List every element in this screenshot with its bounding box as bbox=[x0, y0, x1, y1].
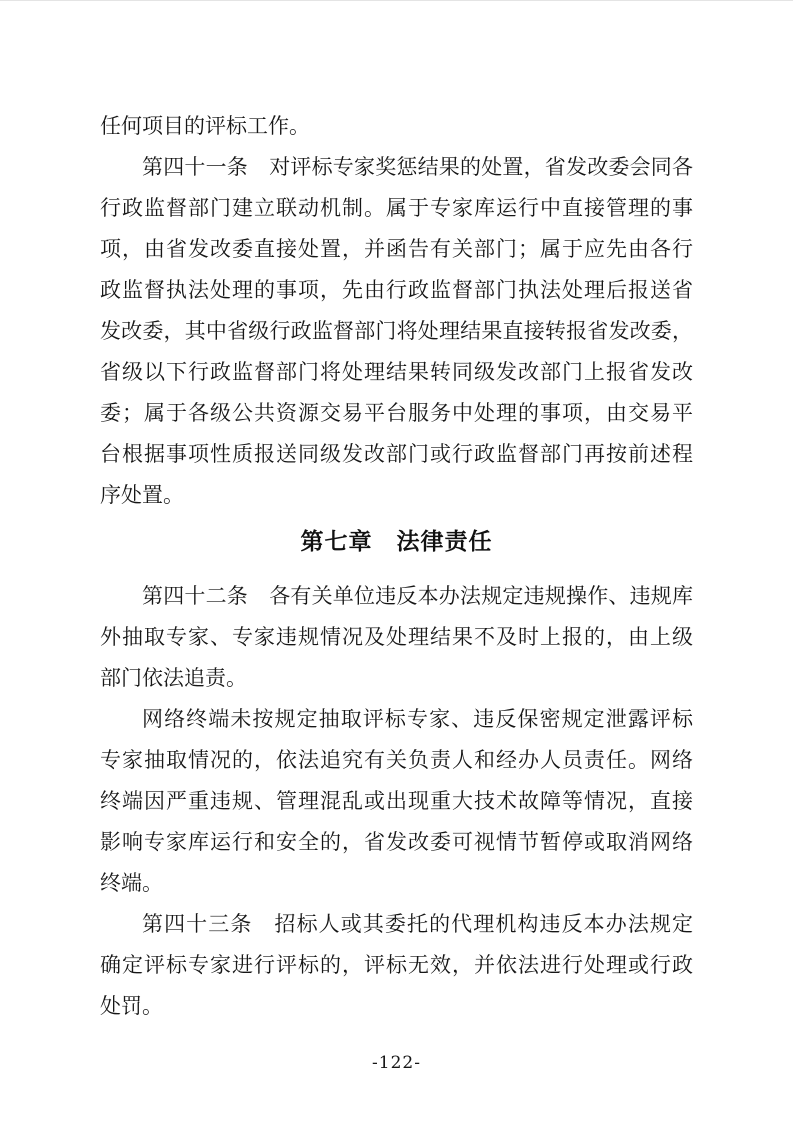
body-line: 第四十二条 各有关单位违反本办法规定违规操作、违规库 bbox=[100, 576, 693, 617]
body-line: 终端。 bbox=[100, 863, 693, 904]
body-line: 行政监督部门建立联动机制。属于专家库运行中直接管理的事 bbox=[100, 188, 693, 229]
body-line: 专家抽取情况的，依法追究有关负责人和经办人员责任。网络 bbox=[100, 740, 693, 781]
chapter-heading: 第七章 法律责任 bbox=[100, 520, 693, 562]
body-line: 影响专家库运行和安全的，省发改委可视情节暂停或取消网络 bbox=[100, 822, 693, 863]
body-line: 网络终端未按规定抽取评标专家、违反保密规定泄露评标 bbox=[100, 699, 693, 740]
body-line: 发改委，其中省级行政监督部门将处理结果直接转报省发改委， bbox=[100, 311, 693, 352]
body-line: 省级以下行政监督部门将处理结果转同级发改部门上报省发改 bbox=[100, 352, 693, 393]
body-line: 任何项目的评标工作。 bbox=[100, 106, 693, 147]
body-line: 第四十一条 对评标专家奖惩结果的处置，省发改委会同各 bbox=[100, 147, 693, 188]
body-line: 终端因严重违规、管理混乱或出现重大技术故障等情况，直接 bbox=[100, 781, 693, 822]
body-line: 确定评标专家进行评标的，评标无效，并依法进行处理或行政 bbox=[100, 945, 693, 986]
body-line: 委；属于各级公共资源交易平台服务中处理的事项，由交易平 bbox=[100, 393, 693, 434]
page-number: -122- bbox=[0, 1053, 793, 1073]
body-line: 外抽取专家、专家违规情况及处理结果不及时上报的，由上级 bbox=[100, 617, 693, 658]
body-line: 政监督执法处理的事项，先由行政监督部门执法处理后报送省 bbox=[100, 270, 693, 311]
document-content: 任何项目的评标工作。 第四十一条 对评标专家奖惩结果的处置，省发改委会同各 行政… bbox=[100, 106, 693, 1027]
document-page: 任何项目的评标工作。 第四十一条 对评标专家奖惩结果的处置，省发改委会同各 行政… bbox=[0, 0, 793, 1122]
body-line: 序处置。 bbox=[100, 475, 693, 516]
body-line: 部门依法追责。 bbox=[100, 658, 693, 699]
body-line: 处罚。 bbox=[100, 986, 693, 1027]
body-line: 台根据事项性质报送同级发改部门或行政监督部门再按前述程 bbox=[100, 434, 693, 475]
body-line: 第四十三条 招标人或其委托的代理机构违反本办法规定 bbox=[100, 904, 693, 945]
body-line: 项，由省发改委直接处置，并函告有关部门；属于应先由各行 bbox=[100, 229, 693, 270]
